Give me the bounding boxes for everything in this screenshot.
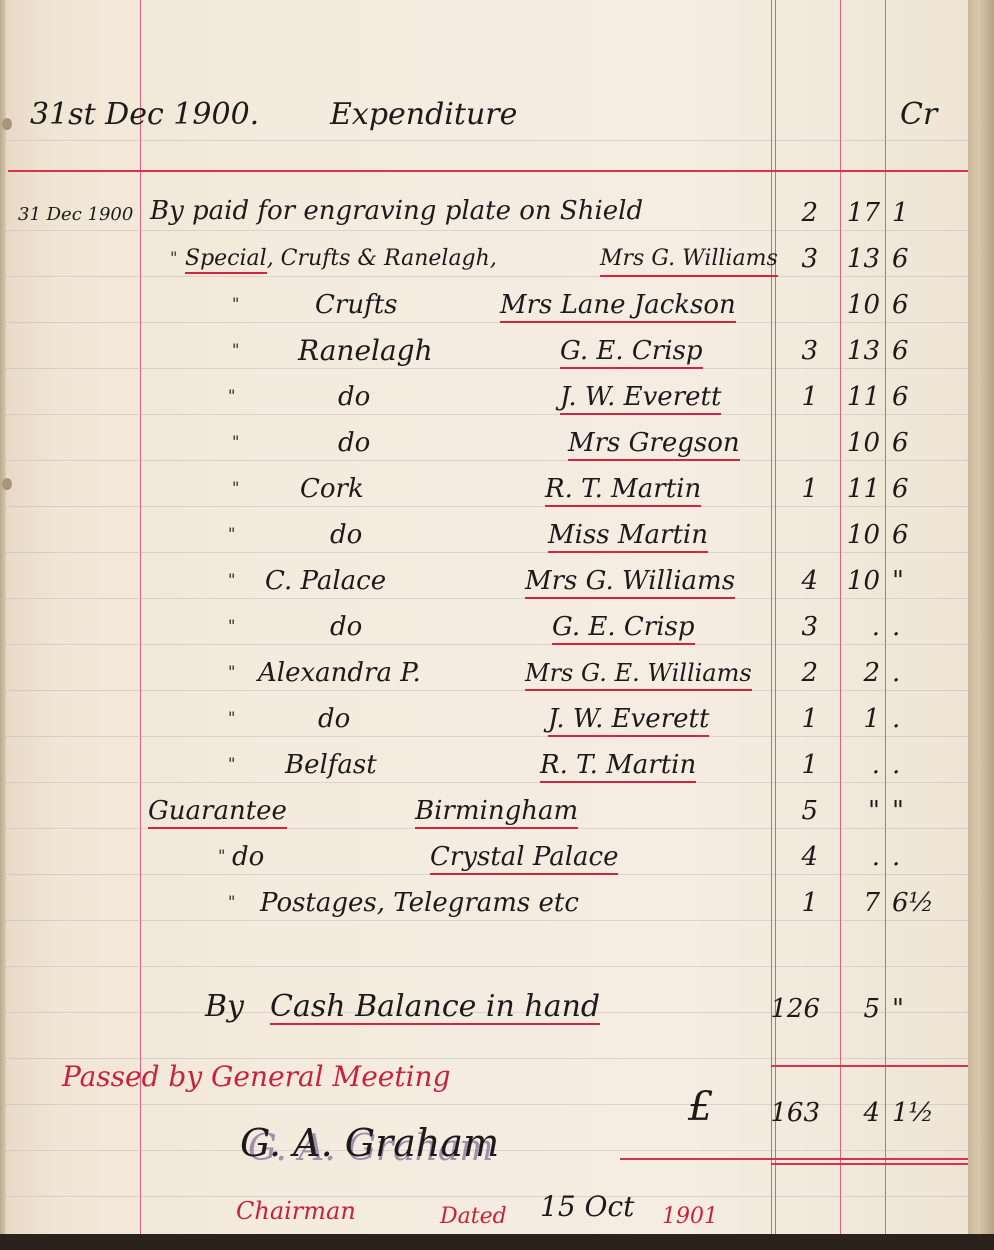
ruled-line [6,782,968,783]
entry-category: Belfast [285,750,377,780]
entry-category: Alexandra P. [258,658,421,688]
entry-pence: 1 [892,198,948,228]
entry-pounds: 4 [778,566,818,596]
entry-pence: " [892,796,948,826]
entry-name: Mrs G. E. Williams [525,658,752,691]
ditto-mark: " [218,846,225,865]
ruled-line [6,230,968,231]
ruled-line [6,414,968,415]
ditto-mark: " [228,708,235,727]
ditto-mark: " [228,570,235,589]
entry-pence: . [892,704,948,734]
entry-shillings: 13 [836,336,880,366]
entry-category: Special, Crufts & Ranelagh, [185,244,497,274]
ditto-mark: " [228,386,235,405]
entry-category: do [232,842,264,872]
ruled-line [6,368,968,369]
entry-shillings: . [836,842,880,872]
total-top-rule [771,1065,968,1067]
entry-pounds: 2 [778,658,818,688]
entry-name: Crystal Palace [430,842,618,875]
entry-category: do [318,704,350,734]
entry-pounds: 1 [778,888,818,918]
entry-category: paid for engraving plate on Shield [192,196,643,226]
entry-category: Guarantee [148,796,287,829]
entry-pence: 6 [892,474,948,504]
entry-prefix: By [150,196,184,226]
entry-pounds: 5 [778,796,818,826]
margin-line [140,0,141,1236]
binding-hole [2,118,12,130]
entry-pounds: 4 [778,842,818,872]
total-shillings: 4 [836,1098,880,1128]
ditto-mark: " [170,248,177,267]
entry-shillings: 10 [836,428,880,458]
balance-pounds: 126 [760,994,820,1024]
entry-pence: . [892,842,948,872]
entry-pounds: 3 [778,336,818,366]
ditto-mark: " [232,432,239,451]
ruled-line [6,506,968,507]
entry-category: do [338,382,370,412]
entry-shillings: 10 [836,566,880,596]
entry-category: do [338,428,370,458]
ditto-mark: " [232,294,239,313]
entry-shillings: 17 [836,198,880,228]
ditto-mark: " [228,616,235,635]
ruled-line [6,276,968,277]
ruled-line [6,140,968,141]
header-date: 31st Dec 1900. [30,100,259,130]
binding-hole [2,478,12,490]
entry-name: G. E. Crisp [552,612,695,645]
entry-pence: " [892,566,948,596]
ruled-line [6,920,968,921]
total-pence: 1½ [892,1098,948,1128]
ditto-mark: " [228,754,235,773]
balance-prefix: By [205,992,244,1022]
entry-pence: 6 [892,428,948,458]
entry-name: Mrs G. Williams [600,244,778,277]
total-bottom-rule [620,1158,968,1160]
balance-pence: " [892,994,948,1024]
entry-shillings: 7 [836,888,880,918]
ruled-line [6,644,968,645]
entry-date: 31 Dec 1900 [18,200,133,230]
book-bottom-edge [0,1234,994,1250]
ruled-line [6,966,968,967]
entry-name: R. T. Martin [545,474,701,507]
dated-label: Dated [440,1202,507,1232]
entry-category: Cork [300,474,364,504]
ruled-line [6,322,968,323]
entry-category: Crufts [315,290,397,320]
ruled-line [6,1058,968,1059]
signature: G. A. Graham [240,1128,499,1158]
entry-shillings: 11 [836,474,880,504]
entry-name: Mrs Lane Jackson [500,290,736,323]
ruled-line [6,1196,968,1197]
entry-shillings: " [836,796,880,826]
header-rule [8,170,968,172]
ruled-line [6,552,968,553]
entry-shillings: . [836,750,880,780]
entry-shillings: 1 [836,704,880,734]
entry-name: R. T. Martin [540,750,696,783]
ruled-line [6,736,968,737]
entry-name: Mrs Gregson [568,428,740,461]
ditto-mark: " [232,478,239,497]
entry-pence: . [892,750,948,780]
entry-category: do [330,520,362,550]
entry-pounds: 3 [778,612,818,642]
ruled-line [6,460,968,461]
entry-category: Ranelagh [298,336,433,366]
entry-name: Miss Martin [548,520,708,553]
chairman-label: Chairman [236,1196,356,1226]
passed-note: Passed by General Meeting [62,1062,451,1092]
entry-shillings: . [836,612,880,642]
entry-pence: 6 [892,382,948,412]
entry-name: Birmingham [415,796,578,829]
header-side: Cr [900,100,937,130]
pounds-column-line [771,0,772,1236]
entry-pence: . [892,612,948,642]
entry-pence: . [892,658,948,688]
entry-pence: 6 [892,290,948,320]
ruled-line [6,598,968,599]
entry-shillings: 10 [836,520,880,550]
balance-shillings: 5 [836,994,880,1024]
total-bottom-rule [771,1163,968,1165]
entry-pounds: 3 [778,244,818,274]
binding-edge [0,0,6,1236]
ditto-mark: " [228,662,235,681]
page-stack-edge [968,0,994,1236]
entry-pounds: 2 [778,198,818,228]
ruled-line [6,690,968,691]
entry-pounds: 1 [778,474,818,504]
entry-shillings: 13 [836,244,880,274]
entry-pounds: 1 [778,382,818,412]
entry-pounds: 1 [778,704,818,734]
entry-name: Mrs G. Williams [525,566,735,599]
total-pounds: 163 [755,1098,820,1128]
entry-name: J. W. Everett [548,704,709,737]
entry-shillings: 2 [836,658,880,688]
entry-pence: 6 [892,336,948,366]
balance-label: Cash Balance in hand [270,992,600,1025]
ditto-mark: " [228,524,235,543]
entry-pounds: 1 [778,750,818,780]
entry-category: do [330,612,362,642]
entry-name: J. W. Everett [560,382,721,415]
ledger-page: 31st Dec 1900. Expenditure Cr 31 Dec 190… [0,0,978,1236]
entry-category: C. Palace [265,566,386,596]
entry-shillings: 10 [836,290,880,320]
pounds-column-line [775,0,776,1236]
entry-shillings: 11 [836,382,880,412]
pence-column-line [885,0,886,1236]
ditto-mark: " [232,340,239,359]
entry-name: G. E. Crisp [560,336,703,369]
entry-category: Postages, Telegrams etc [260,888,579,918]
dated-year: 1901 [662,1202,718,1232]
pound-sign: £ [688,1092,713,1122]
entry-pence: 6½ [892,888,948,918]
header-title: Expenditure [330,100,517,130]
ditto-mark: " [228,892,235,911]
ruled-line [6,1104,968,1105]
entry-pence: 6 [892,244,948,274]
dated-value: 15 Oct [540,1192,634,1222]
entry-pence: 6 [892,520,948,550]
